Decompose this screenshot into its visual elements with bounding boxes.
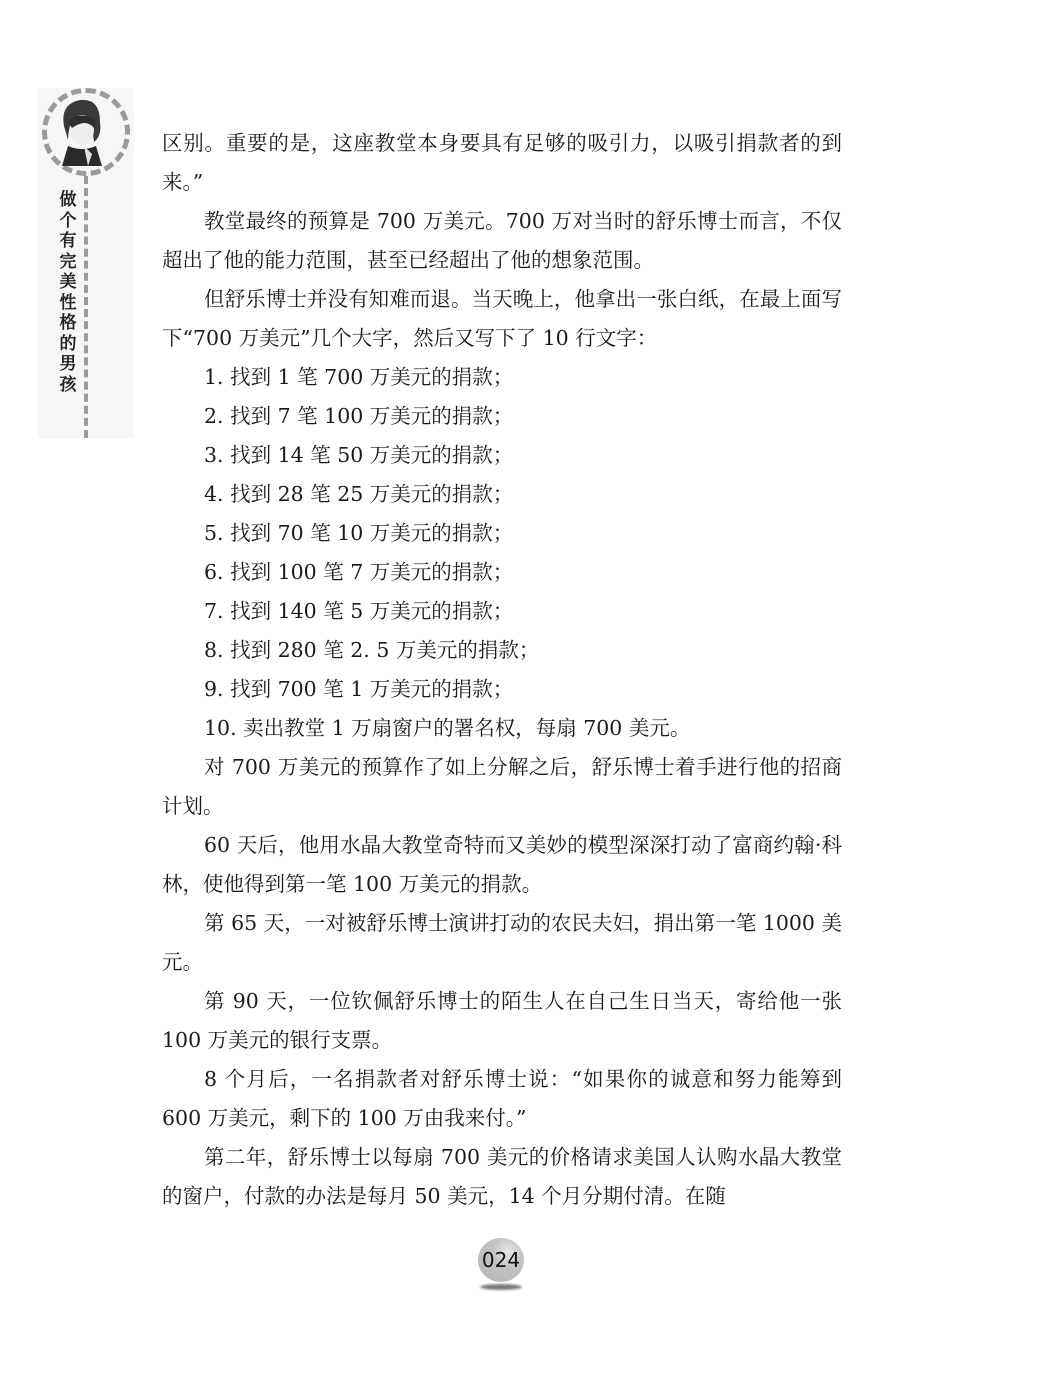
page-number-badge: 024 [478, 1238, 524, 1282]
paragraph: 60 天后，他用水晶大教堂奇特而又美妙的模型深深打动了富商约翰·科林，使他得到第… [162, 826, 842, 904]
paragraph: 8 个月后，一名捐款者对舒乐博士说：“如果你的诚意和努力能筹到 600 万美元，… [162, 1060, 842, 1138]
title-char: 孩 [56, 375, 80, 396]
title-char: 性 [56, 293, 80, 314]
list-item: 4. 找到 28 笔 25 万美元的捐款； [162, 475, 842, 514]
boy-portrait-icon [58, 96, 104, 166]
title-char: 男 [56, 354, 80, 375]
list-item: 1. 找到 1 笔 700 万美元的捐款； [162, 358, 842, 397]
title-char: 的 [56, 334, 80, 355]
paragraph: 对 700 万美元的预算作了如上分解之后，舒乐博士着手进行他的招商计划。 [162, 748, 842, 826]
page-number-shadow [480, 1284, 522, 1290]
paragraph: 第二年，舒乐博士以每扇 700 美元的价格请求美国人认购水晶大教堂的窗户，付款的… [162, 1138, 842, 1216]
list-item: 7. 找到 140 笔 5 万美元的捐款； [162, 592, 842, 631]
title-char: 有 [56, 231, 80, 252]
list-item: 8. 找到 280 笔 2. 5 万美元的捐款； [162, 631, 842, 670]
title-char: 格 [56, 313, 80, 334]
sidebar-dashed-line [84, 176, 88, 438]
page-body: 区别。重要的是，这座教堂本身要具有足够的吸引力，以吸引捐款者的到来。” 教堂最终… [162, 124, 842, 1216]
paragraph: 教堂最终的预算是 700 万美元。700 万对当时的舒乐博士而言，不仅超出了他的… [162, 202, 842, 280]
paragraph: 第 65 天，一对被舒乐博士演讲打动的农民夫妇，捐出第一笔 1000 美元。 [162, 904, 842, 982]
title-char: 个 [56, 211, 80, 232]
list-item: 9. 找到 700 笔 1 万美元的捐款； [162, 670, 842, 709]
book-title-vertical: 做 个 有 完 美 性 格 的 男 孩 [56, 190, 80, 395]
list-item: 6. 找到 100 笔 7 万美元的捐款； [162, 553, 842, 592]
list-item: 3. 找到 14 笔 50 万美元的捐款； [162, 436, 842, 475]
paragraph: 区别。重要的是，这座教堂本身要具有足够的吸引力，以吸引捐款者的到来。” [162, 124, 842, 202]
list-item: 10. 卖出教堂 1 万扇窗户的署名权，每扇 700 美元。 [162, 709, 842, 748]
title-char: 完 [56, 252, 80, 273]
list-item: 2. 找到 7 笔 100 万美元的捐款； [162, 397, 842, 436]
title-char: 美 [56, 272, 80, 293]
paragraph: 但舒乐博士并没有知难而退。当天晚上，他拿出一张白纸，在最上面写下“700 万美元… [162, 280, 842, 358]
title-char: 做 [56, 190, 80, 211]
paragraph: 第 90 天，一位钦佩舒乐博士的陌生人在自己生日当天，寄给他一张 100 万美元… [162, 982, 842, 1060]
list-item: 5. 找到 70 笔 10 万美元的捐款； [162, 514, 842, 553]
